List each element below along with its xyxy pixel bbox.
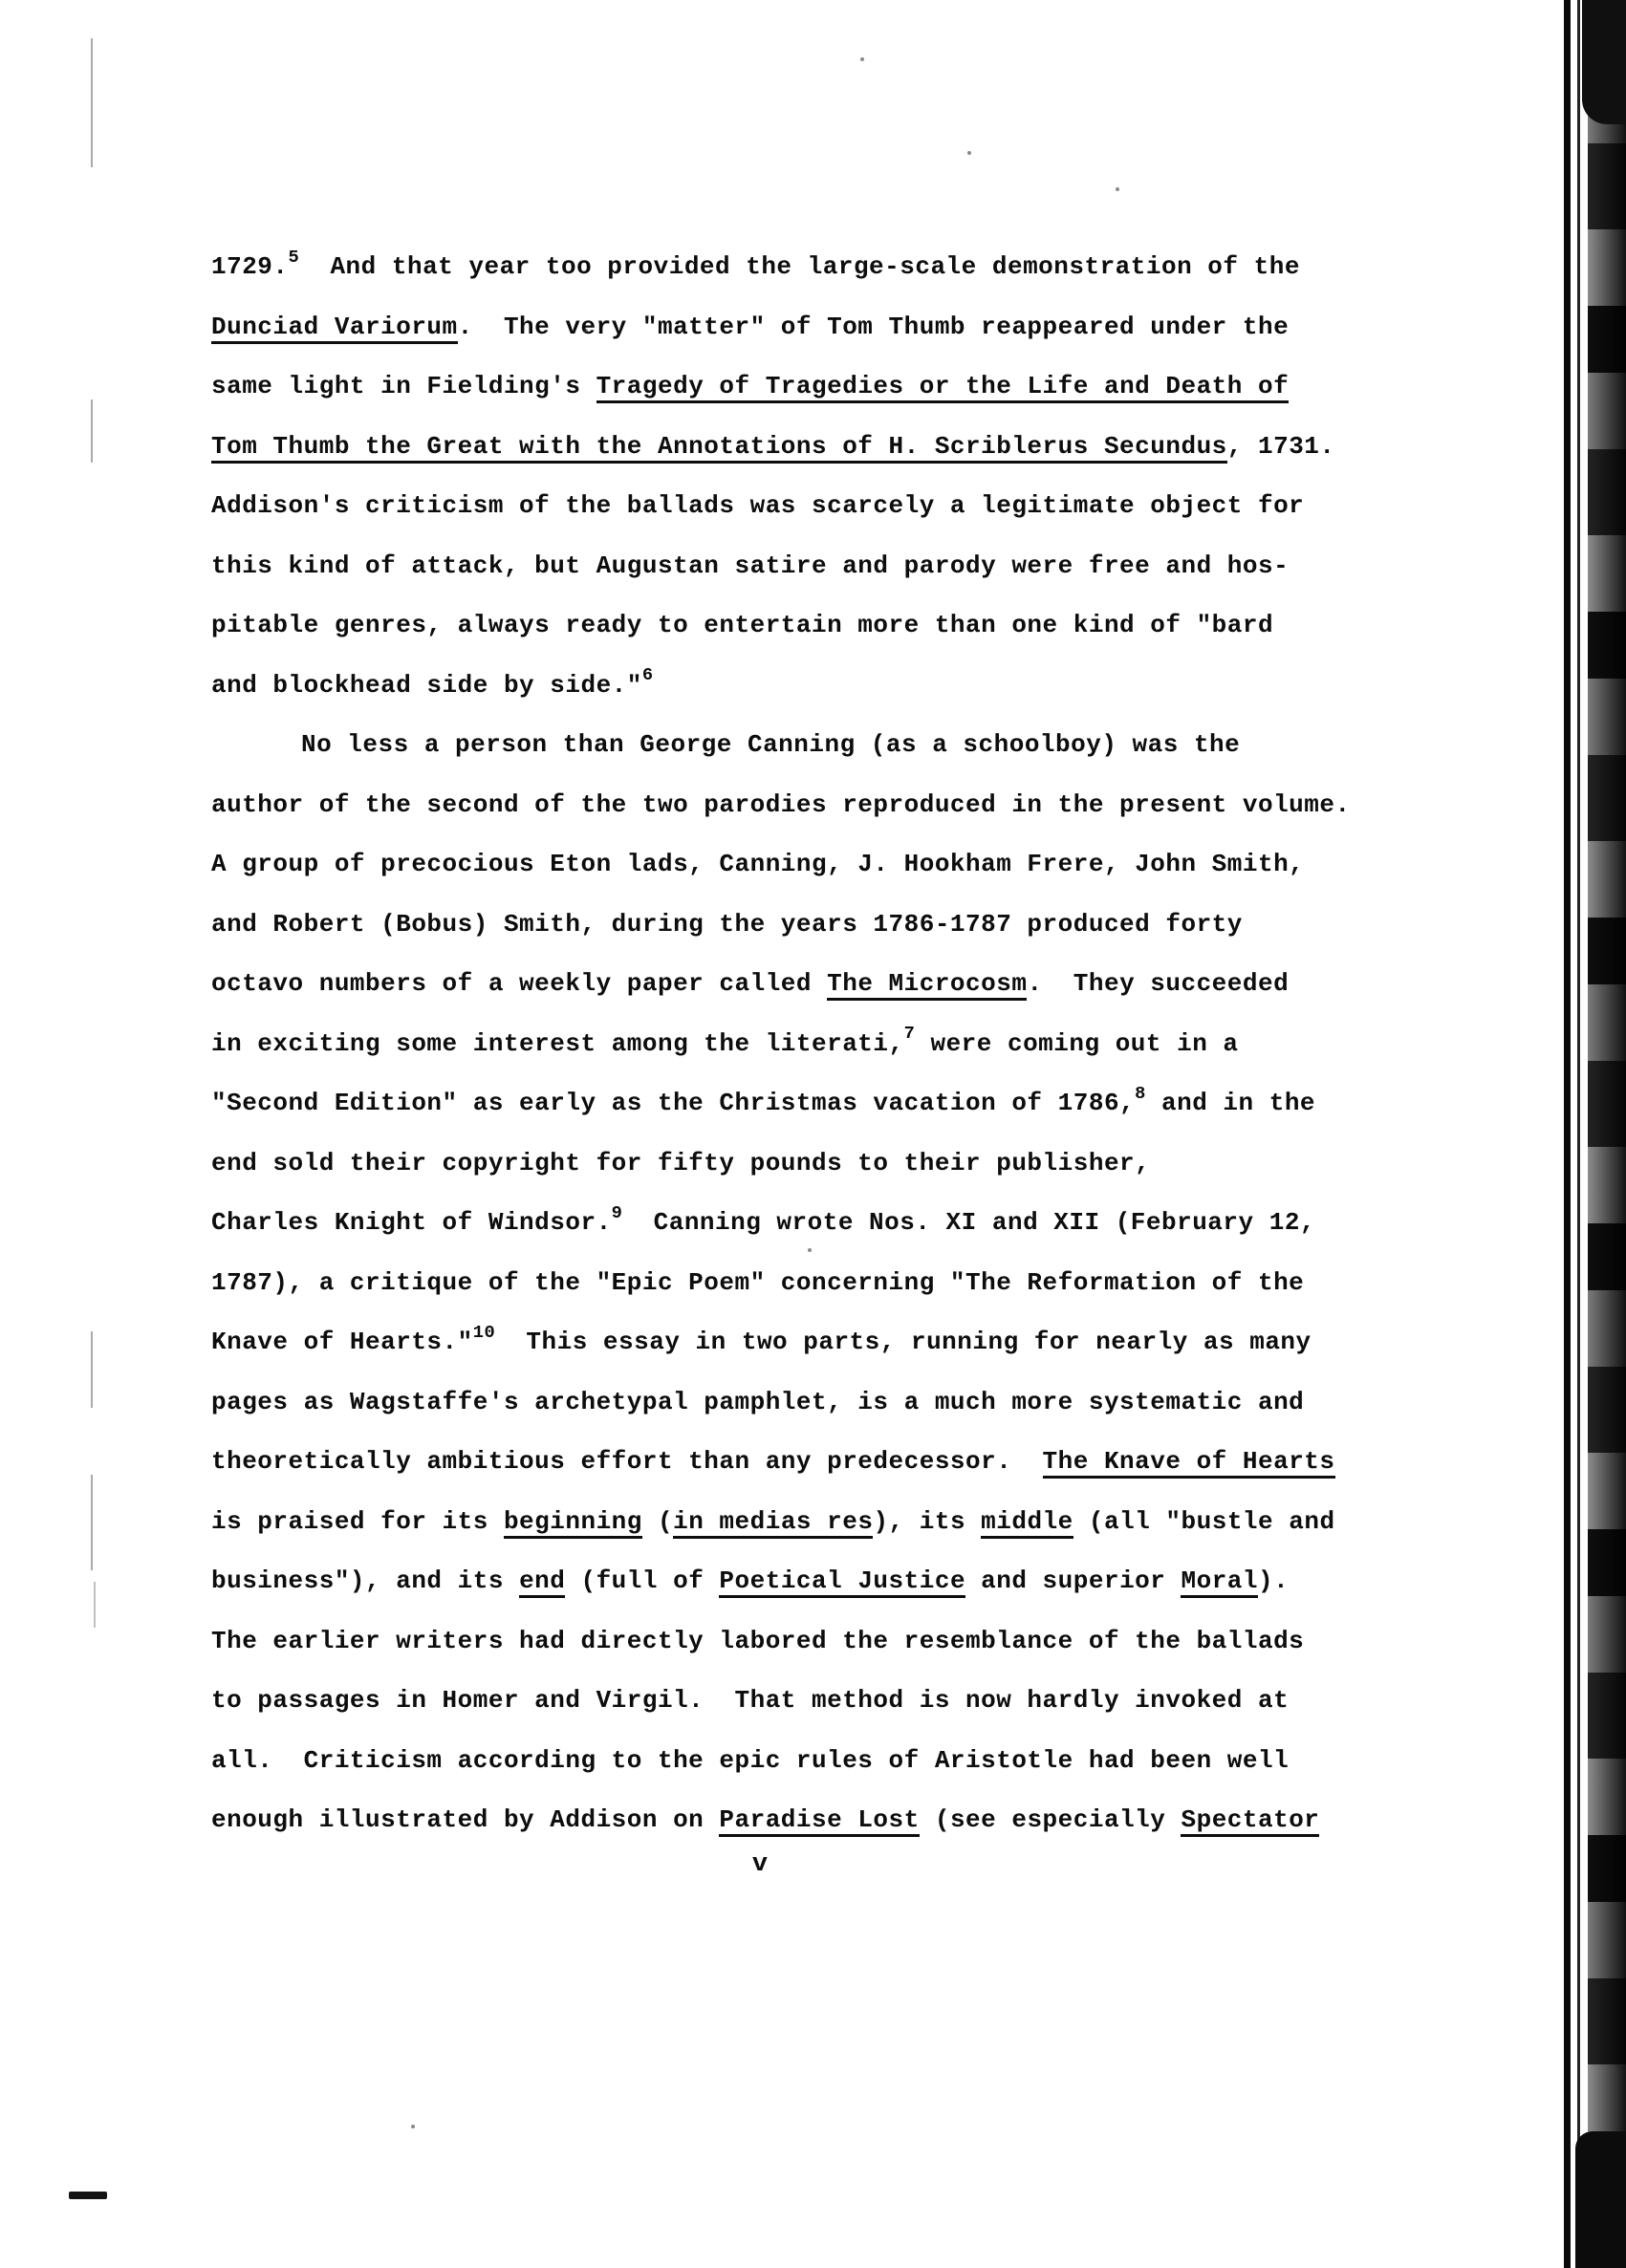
scan-margin-line (91, 38, 93, 167)
underlined-text: The Microcosm (827, 969, 1027, 1001)
text-segment: all. Criticism according to the epic rul… (211, 1746, 1289, 1775)
scan-speck (860, 57, 864, 61)
text-segment: A group of precocious Eton lads, Canning… (211, 850, 1304, 878)
scan-margin-line (91, 1331, 93, 1408)
footnote-reference: 9 (612, 1202, 623, 1223)
footnote-reference: 5 (289, 247, 300, 268)
text-segment: end sold their copyright for fifty pound… (211, 1149, 1150, 1177)
scan-edge-smudge (1575, 2131, 1626, 2268)
text-segment: business"), and its (211, 1566, 519, 1595)
text-segment: ). (1258, 1566, 1289, 1595)
text-segment: octavo numbers of a weekly paper called (211, 969, 827, 998)
text-line: enough illustrated by Addison on Paradis… (211, 1790, 1444, 1850)
text-segment: same light in Fielding's (211, 372, 596, 400)
text-segment: . They succeeded (1027, 969, 1289, 998)
underlined-text: Tragedy of Tragedies or the Life and Dea… (596, 372, 1290, 403)
text-segment: "Second Edition" as early as the Christm… (211, 1089, 1135, 1117)
page-number: v (736, 1850, 784, 1879)
text-line: in exciting some interest among the lite… (211, 1014, 1444, 1074)
underlined-text: Poetical Justice (719, 1566, 965, 1598)
scan-speck (411, 2125, 415, 2128)
underlined-text: Dunciad Variorum (211, 313, 458, 344)
text-segment: were coming out in a (915, 1029, 1238, 1058)
text-line: Tom Thumb the Great with the Annotations… (211, 417, 1444, 477)
text-line: all. Criticism according to the epic rul… (211, 1731, 1444, 1791)
scan-edge-line (1564, 0, 1571, 2268)
text-segment: and in the (1146, 1089, 1315, 1117)
text-segment: ), its (873, 1507, 981, 1536)
footnote-reference: 10 (473, 1322, 495, 1343)
scan-corner-mark (69, 2192, 107, 2199)
text-line: Dunciad Variorum. The very "matter" of T… (211, 297, 1444, 357)
text-segment: this kind of attack, but Augustan satire… (211, 551, 1289, 580)
text-segment: Addison's criticism of the ballads was s… (211, 491, 1304, 520)
scan-edge-band (1588, 0, 1626, 2268)
text-line: The earlier writers had directly labored… (211, 1611, 1444, 1672)
text-line: business"), and its end (full of Poetica… (211, 1551, 1444, 1611)
scan-margin-line (91, 400, 93, 463)
underlined-text: Paradise Lost (719, 1805, 919, 1837)
underlined-text: The Knave of Hearts (1043, 1447, 1335, 1479)
text-line: author of the second of the two parodies… (211, 775, 1444, 835)
text-segment: theoretically ambitious effort than any … (211, 1447, 1043, 1476)
text-line: No less a person than George Canning (as… (211, 715, 1444, 775)
text-segment: , 1731. (1227, 432, 1335, 461)
footnote-reference: 7 (904, 1023, 916, 1044)
underlined-text: Moral (1181, 1566, 1258, 1598)
text-segment: enough illustrated by Addison on (211, 1805, 719, 1834)
text-line: 1787), a critique of the "Epic Poem" con… (211, 1253, 1444, 1313)
scan-speck (1116, 187, 1119, 191)
text-segment: and blockhead side by side." (211, 671, 642, 700)
underlined-text: beginning (504, 1507, 642, 1539)
text-segment: The earlier writers had directly labored… (211, 1627, 1304, 1655)
text-line: A group of precocious Eton lads, Canning… (211, 834, 1444, 895)
text-line: same light in Fielding's Tragedy of Trag… (211, 356, 1444, 417)
text-line: and blockhead side by side."6 (211, 656, 1444, 716)
underlined-text: in medias res (673, 1507, 873, 1539)
text-line: 1729.5 And that year too provided the la… (211, 237, 1444, 297)
text-segment: No less a person than George Canning (as… (301, 730, 1240, 759)
text-line: octavo numbers of a weekly paper called … (211, 954, 1444, 1014)
scan-edge-line (1577, 0, 1580, 2268)
footnote-reference: 8 (1135, 1083, 1146, 1104)
text-segment: Canning wrote Nos. XI and XII (February … (622, 1208, 1315, 1237)
text-segment: And that year too provided the large-sca… (299, 252, 1300, 281)
text-line: is praised for its beginning (in medias … (211, 1492, 1444, 1552)
text-line: Charles Knight of Windsor.9 Canning wrot… (211, 1193, 1444, 1253)
scan-margin-line (94, 1582, 96, 1628)
scanned-page: 1729.5 And that year too provided the la… (0, 0, 1626, 2268)
underlined-text: Tom Thumb the Great with the Annotations… (211, 432, 1227, 464)
text-line: to passages in Homer and Virgil. That me… (211, 1671, 1444, 1731)
document-text: 1729.5 And that year too provided the la… (211, 237, 1444, 1850)
scan-speck (967, 151, 971, 155)
text-segment: (full of (565, 1566, 719, 1595)
text-segment: (see especially (920, 1805, 1182, 1834)
text-line: theoretically ambitious effort than any … (211, 1432, 1444, 1492)
text-line: end sold their copyright for fifty pound… (211, 1134, 1444, 1194)
text-segment: to passages in Homer and Virgil. That me… (211, 1686, 1289, 1715)
text-segment: in exciting some interest among the lite… (211, 1029, 904, 1058)
text-segment: Charles Knight of Windsor. (211, 1208, 612, 1237)
text-segment: 1787), a critique of the "Epic Poem" con… (211, 1268, 1304, 1297)
text-segment: 1729. (211, 252, 289, 281)
text-line: Knave of Hearts."10 This essay in two pa… (211, 1312, 1444, 1372)
text-segment: (all "bustle and (1073, 1507, 1335, 1536)
text-segment: pitable genres, always ready to entertai… (211, 611, 1273, 639)
text-segment: ( (642, 1507, 673, 1536)
scan-margin-line (91, 1475, 93, 1570)
text-line: pages as Wagstaffe's archetypal pamphlet… (211, 1372, 1444, 1433)
text-segment: and superior (965, 1566, 1181, 1595)
text-line: this kind of attack, but Augustan satire… (211, 536, 1444, 596)
text-segment: and Robert (Bobus) Smith, during the yea… (211, 910, 1243, 939)
text-segment: Knave of Hearts." (211, 1328, 473, 1356)
text-segment: . The very "matter" of Tom Thumb reappea… (458, 313, 1290, 341)
scan-edge-smudge (1582, 0, 1626, 124)
text-segment: author of the second of the two parodies… (211, 790, 1351, 819)
underlined-text: middle (981, 1507, 1073, 1539)
text-line: Addison's criticism of the ballads was s… (211, 476, 1444, 536)
text-segment: This essay in two parts, running for nea… (495, 1328, 1311, 1356)
underlined-text: Spectator (1181, 1805, 1319, 1837)
text-segment: pages as Wagstaffe's archetypal pamphlet… (211, 1388, 1304, 1416)
text-line: "Second Edition" as early as the Christm… (211, 1073, 1444, 1134)
text-segment: is praised for its (211, 1507, 504, 1536)
footnote-reference: 6 (642, 664, 654, 685)
text-line: and Robert (Bobus) Smith, during the yea… (211, 895, 1444, 955)
underlined-text: end (519, 1566, 565, 1598)
text-line: pitable genres, always ready to entertai… (211, 595, 1444, 656)
